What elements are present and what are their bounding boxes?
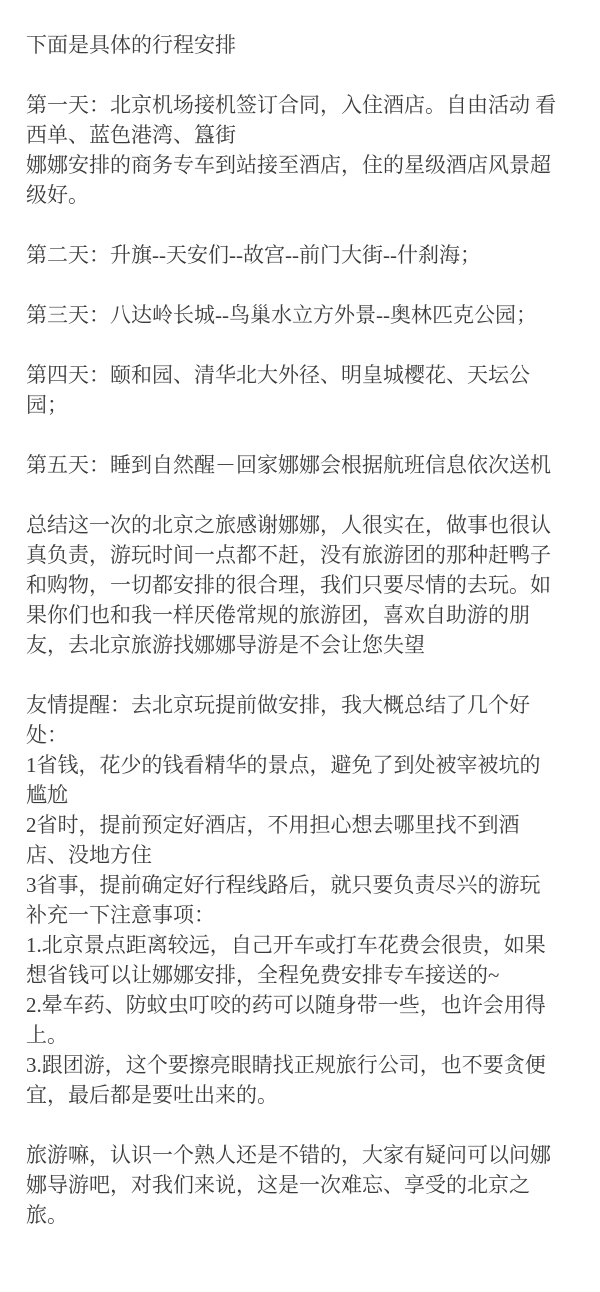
paragraph: 第五天：睡到自然醒－回家娜娜会根据航班信息依次送机 [26, 450, 560, 480]
paragraph: 下面是具体的行程安排 [26, 30, 560, 60]
paragraph: 旅游嘛，认识一个熟人还是不错的，大家有疑问可以问娜娜导游吧，对我们来说，这是一次… [26, 1140, 560, 1230]
paragraph: 第四天：颐和园、清华北大外径、明皇城樱花、天坛公园； [26, 360, 560, 420]
paragraph: 第三天：八达岭长城--鸟巢水立方外景--奥林匹克公园； [26, 300, 560, 330]
travel-itinerary-document: 下面是具体的行程安排第一天：北京机场接机签订合同，入住酒店。自由活动 看西单、蓝… [0, 0, 600, 1230]
paragraph: 第一天：北京机场接机签订合同，入住酒店。自由活动 看西单、蓝色港湾、簋街 娜娜安… [26, 90, 560, 210]
paragraph-list: 下面是具体的行程安排第一天：北京机场接机签订合同，入住酒店。自由活动 看西单、蓝… [26, 30, 560, 1230]
paragraph: 第二天：升旗--天安们--故宫--前门大街--什刹海； [26, 240, 560, 270]
paragraph: 总结这一次的北京之旅感谢娜娜，人很实在，做事也很认真负责，游玩时间一点都不赶，没… [26, 510, 560, 660]
paragraph: 友情提醒：去北京玩提前做安排，我大概总结了几个好处： 1省钱，花少的钱看精华的景… [26, 690, 560, 1110]
